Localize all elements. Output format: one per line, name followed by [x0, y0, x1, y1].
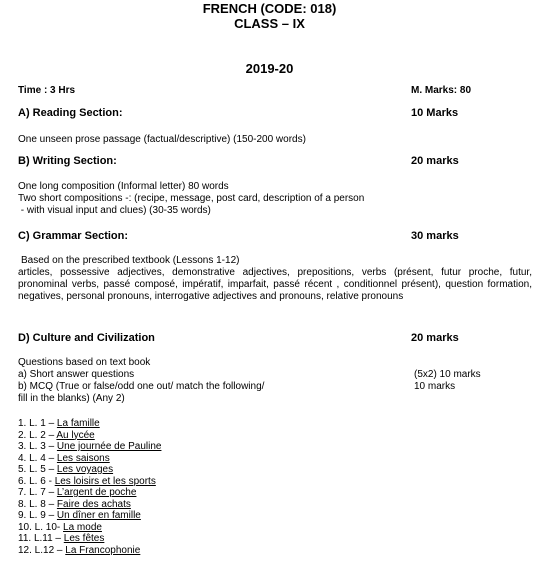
grammar-topics: articles, possessive adjectives, demonst…	[18, 267, 532, 304]
lesson-title: Les saisons	[57, 453, 110, 464]
culture-item-label: b) MCQ (True or false/odd one out/ match…	[18, 381, 264, 393]
lesson-number: 9. L. 9 –	[18, 510, 57, 521]
lesson-number: 8. L. 8 –	[18, 499, 57, 510]
lesson-number: 6. L. 6 -	[18, 476, 55, 487]
culture-item-label: fill in the blanks) (Any 2)	[18, 393, 125, 405]
lesson-item: 7. L. 7 – L’argent de poche	[18, 487, 161, 499]
lesson-title: Les voyages	[57, 464, 113, 475]
lesson-number: 11. L.11 –	[18, 533, 64, 544]
lesson-item: 5. L. 5 – Les voyages	[18, 464, 161, 476]
lesson-number: 1. L. 1 –	[18, 418, 57, 429]
writing-section-heading: B) Writing Section:	[18, 155, 117, 168]
culture-item-marks: (5x2) 10 marks	[414, 369, 481, 381]
lesson-title: Au lycée	[56, 430, 94, 441]
lesson-item: 3. L. 3 – Une journée de Pauline	[18, 441, 161, 453]
lesson-title: Une journée de Pauline	[57, 441, 162, 452]
lesson-number: 3. L. 3 –	[18, 441, 57, 452]
lesson-item: 12. L.12 – La Francophonie	[18, 545, 161, 557]
lesson-item: 10. L. 10- La mode	[18, 522, 161, 534]
writing-section-marks: 20 marks	[411, 155, 459, 168]
lesson-item: 2. L. 2 – Au lycée	[18, 430, 161, 442]
document-title: FRENCH (CODE: 018)	[0, 2, 539, 16]
lesson-item: 8. L. 8 – Faire des achats	[18, 499, 161, 511]
reading-section-marks: 10 Marks	[411, 107, 458, 120]
reading-line: One unseen prose passage (factual/descri…	[18, 134, 306, 146]
reading-section-heading: A) Reading Section:	[18, 107, 123, 120]
culture-section-heading: D) Culture and Civilization	[18, 332, 155, 345]
document-subtitle: CLASS – IX	[0, 17, 539, 31]
grammar-section-heading: C) Grammar Section:	[18, 230, 128, 243]
lesson-list: 1. L. 1 – La famille 2. L. 2 – Au lycée …	[18, 418, 161, 556]
lesson-title: Faire des achats	[57, 499, 131, 510]
writing-line: - with visual input and clues) (30-35 wo…	[18, 205, 211, 217]
lesson-item: 9. L. 9 – Un dîner en famille	[18, 510, 161, 522]
lesson-title: La Francophonie	[65, 545, 140, 556]
culture-section-marks: 20 marks	[411, 332, 459, 345]
syllabus-page: FRENCH (CODE: 018) CLASS – IX 2019-20 Ti…	[0, 0, 539, 579]
lesson-number: 7. L. 7 –	[18, 487, 57, 498]
exam-time: Time : 3 Hrs	[18, 84, 75, 97]
grammar-intro: Based on the prescribed textbook (Lesson…	[21, 255, 239, 267]
lesson-number: 4. L. 4 –	[18, 453, 57, 464]
lesson-title: La mode	[63, 522, 102, 533]
culture-item-label: a) Short answer questions	[18, 369, 134, 381]
academic-year: 2019-20	[0, 62, 539, 76]
lesson-number: 12. L.12 –	[18, 545, 65, 556]
lesson-title: Un dîner en famille	[57, 510, 141, 521]
lesson-number: 10. L. 10-	[18, 522, 63, 533]
lesson-item: 1. L. 1 – La famille	[18, 418, 161, 430]
lesson-title: Les loisirs et les sports	[55, 476, 156, 487]
lesson-item: 6. L. 6 - Les loisirs et les sports	[18, 476, 161, 488]
culture-item-marks: 10 marks	[414, 381, 455, 393]
lesson-item: 11. L.11 – Les fêtes	[18, 533, 161, 545]
culture-intro: Questions based on text book	[18, 357, 150, 369]
lesson-item: 4. L. 4 – Les saisons	[18, 453, 161, 465]
lesson-title: L’argent de poche	[57, 487, 137, 498]
max-marks: M. Marks: 80	[411, 84, 471, 97]
grammar-section-marks: 30 marks	[411, 230, 459, 243]
lesson-number: 2. L. 2 –	[18, 430, 56, 441]
writing-line: Two short compositions -: (recipe, messa…	[18, 193, 364, 205]
lesson-number: 5. L. 5 –	[18, 464, 57, 475]
lesson-title: La famille	[57, 418, 100, 429]
writing-line: One long composition (Informal letter) 8…	[18, 181, 229, 193]
lesson-title: Les fêtes	[64, 533, 105, 544]
